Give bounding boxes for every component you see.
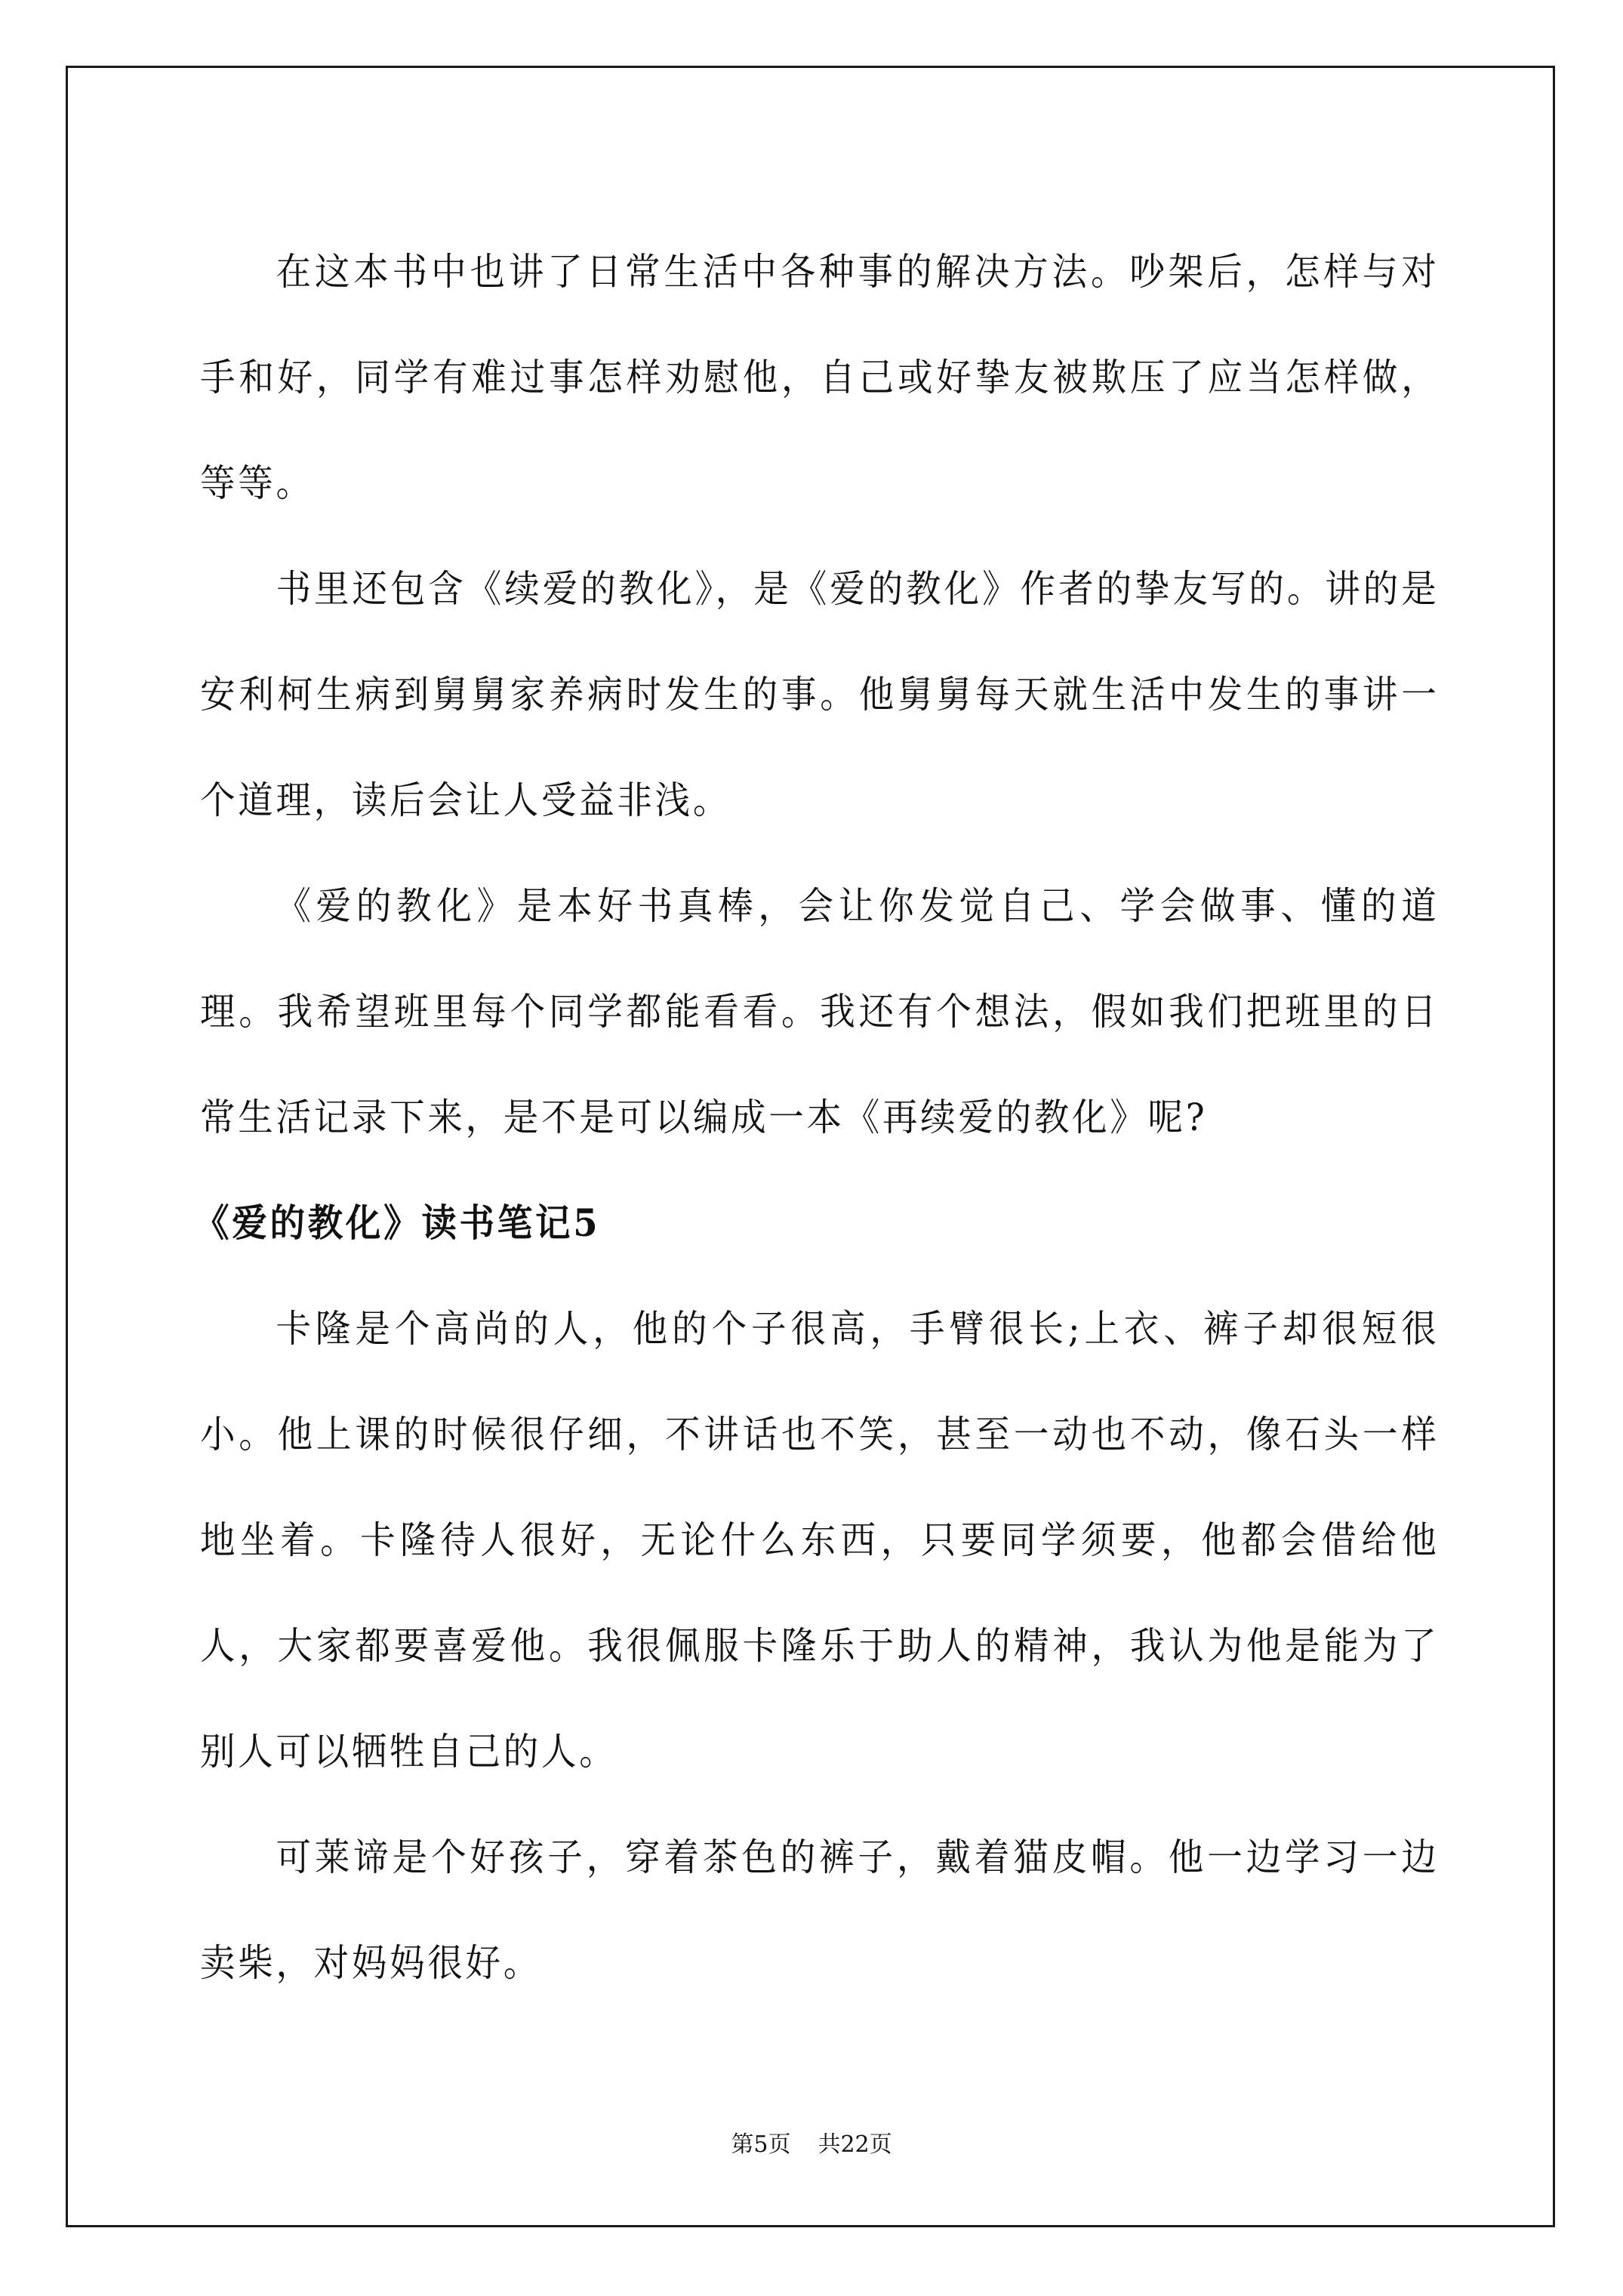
paragraph-coretti: 可莱谛是个好孩子，穿着茶色的裤子，戴着猫皮帽。他一边学习一边卖柴，对妈妈很好。 — [200, 1804, 1439, 2016]
section-heading: 《爱的教化》读书笔记5 — [194, 1170, 1433, 1276]
paragraph-sequel-book: 书里还包含《续爱的教化》，是《爱的教化》作者的挚友写的。讲的是安利柯生病到舅舅家… — [200, 536, 1439, 853]
paragraph-recommendation: 《爱的教化》是本好书真棒，会让你发觉自己、学会做事、懂的道理。我希望班里每个同学… — [200, 853, 1439, 1170]
document-body: 在这本书中也讲了日常生活中各种事的解决方法。吵架后，怎样与对手和好，同学有难过事… — [200, 219, 1438, 2016]
page-number-total: 共22页 — [818, 2131, 892, 2158]
paragraph-solutions: 在这本书中也讲了日常生活中各种事的解决方法。吵架后，怎样与对手和好，同学有难过事… — [200, 219, 1439, 536]
paragraph-garrone: 卡隆是个高尚的人，他的个子很高，手臂很长;上衣、裤子却很短很小。他上课的时候很仔… — [200, 1276, 1439, 1804]
page-footer: 第5页共22页 — [0, 2125, 1623, 2159]
page-number-current: 第5页 — [731, 2131, 790, 2158]
